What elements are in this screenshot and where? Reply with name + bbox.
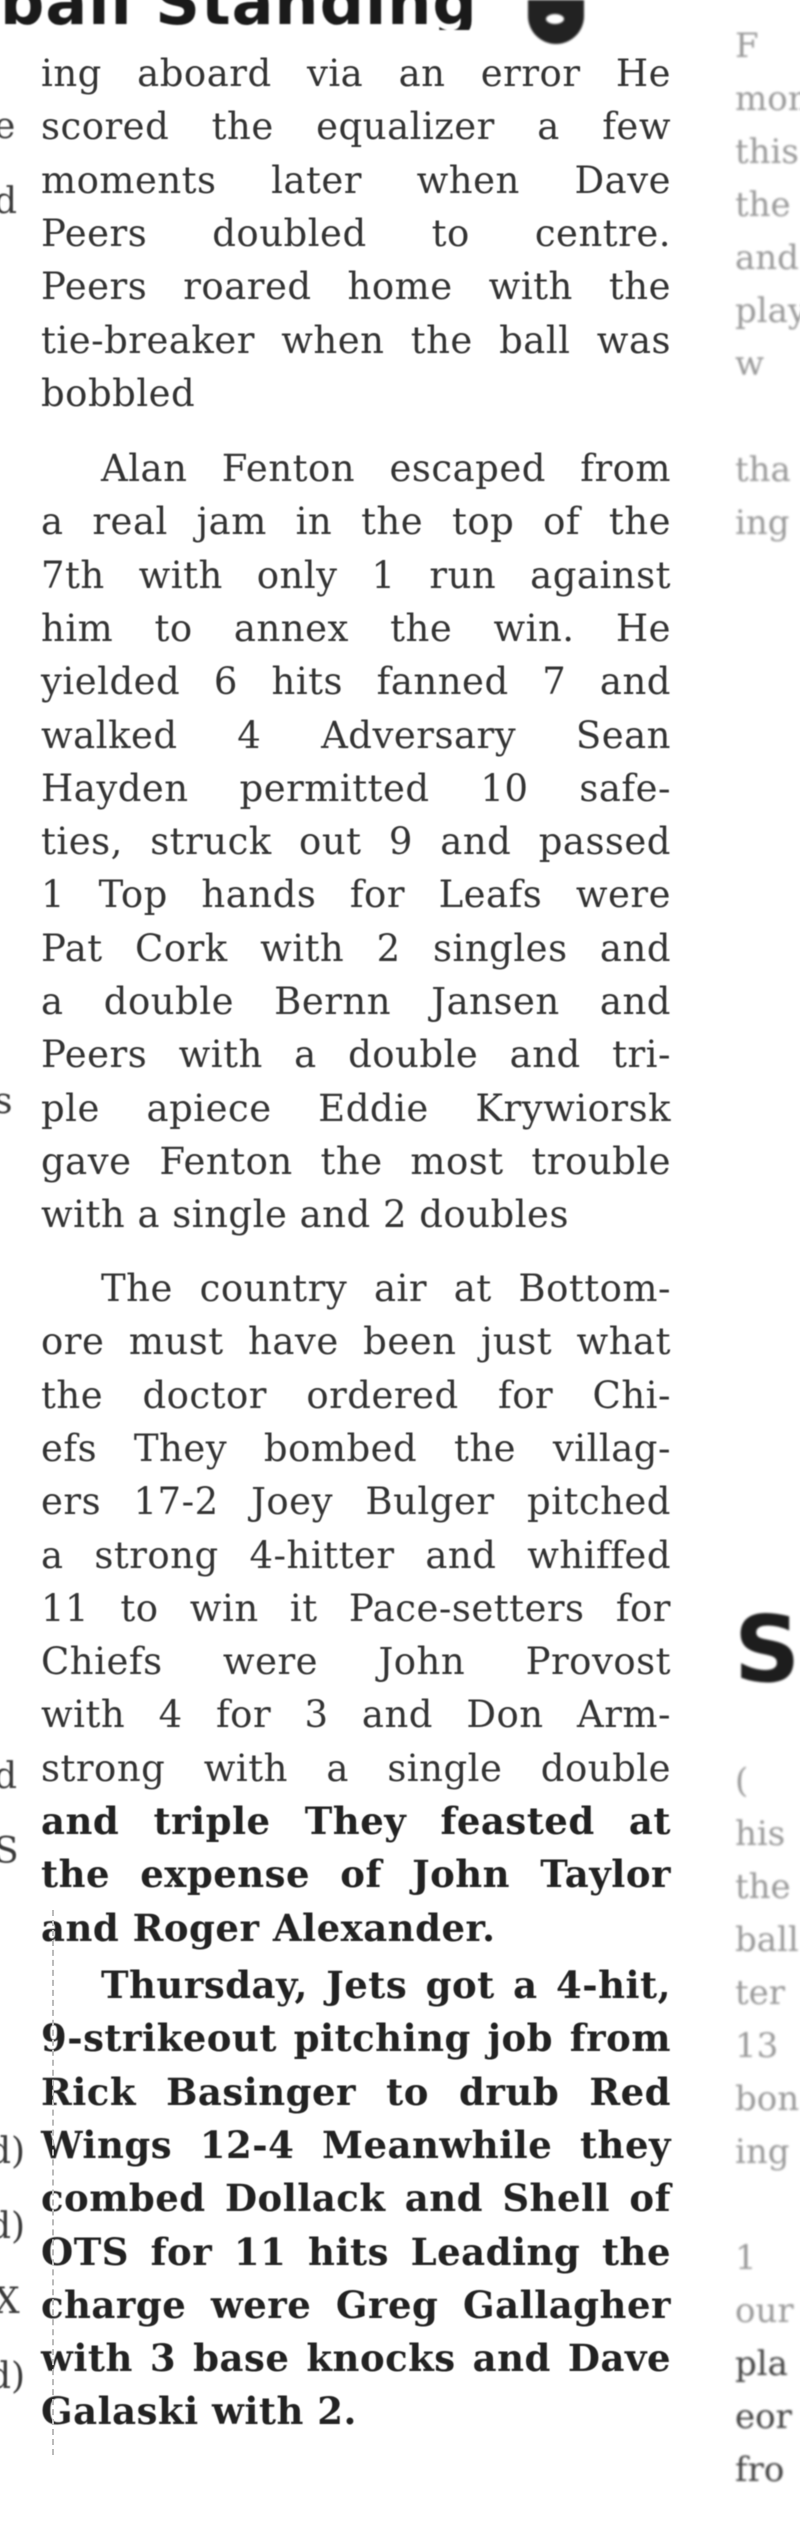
margin-fragment: e: [0, 100, 15, 153]
margin-fragment: d: [0, 1750, 17, 1803]
article-line: the doctor ordered for Chi-: [41, 1369, 671, 1422]
right-column-fragment: this: [735, 126, 799, 179]
right-column-fragment: ing 2: [735, 497, 800, 550]
right-column-fragment: tha: [735, 444, 791, 497]
article-line: a double Bernn Jansen and: [41, 975, 671, 1028]
right-column-fragment: bon: [735, 2073, 799, 2126]
article-line: OTS for 11 hits Leading the: [41, 2226, 671, 2279]
article-line: bobbled: [41, 367, 671, 420]
article-line: 1 Top hands for Leafs were: [41, 868, 671, 921]
margin-fragment: d): [0, 2200, 25, 2253]
margin-fragment: d): [0, 2125, 25, 2178]
article-line: 9-strikeout pitching job from: [41, 2012, 671, 2065]
margin-fragment: s: [0, 1075, 12, 1128]
article-line: The country air at Bottom-: [41, 1262, 671, 1315]
article-line: with a single and 2 doubles: [41, 1188, 671, 1241]
article-line: 11 to win it Pace-setters for: [41, 1582, 671, 1635]
right-column-fragment: eor: [735, 2391, 792, 2444]
article-line: Thursday, Jets got a 4-hit,: [41, 1959, 671, 2012]
article-line: ties, struck out 9 and passed: [41, 815, 671, 868]
article-line: and Roger Alexander.: [41, 1902, 671, 1955]
article-line: Peers roared home with the: [41, 260, 671, 313]
article-line: ing aboard via an error He: [41, 47, 671, 100]
margin-fragment: d: [0, 175, 17, 228]
article-line: moments later when Dave: [41, 154, 671, 207]
right-column-fragment: mom: [735, 73, 800, 126]
article-line: a real jam in the top of the: [41, 495, 671, 548]
article-line: ple apiece Eddie Krywiorsk: [41, 1082, 671, 1135]
right-column-fragment: and: [735, 232, 799, 285]
right-column-fragment: his: [735, 1808, 785, 1861]
article-line: 7th with only 1 run against: [41, 549, 671, 602]
article-line: Alan Fenton escaped from: [41, 442, 671, 495]
right-column-fragment: fro: [735, 2444, 784, 2497]
article-line: Galaski with 2.: [41, 2385, 671, 2438]
article-line: yielded 6 hits fanned 7 and: [41, 655, 671, 708]
article-line: combed Dollack and Shell of: [41, 2172, 671, 2225]
article-line: the expense of John Taylor: [41, 1848, 671, 1901]
article-body: ing aboard via an error Hescored the equ…: [41, 0, 671, 2530]
right-column-fragment: F: [735, 20, 759, 73]
article-line: scored the equalizer a few: [41, 100, 671, 153]
right-column-fragment: 13: [735, 2020, 778, 2073]
right-column-fragment: w: [735, 338, 764, 391]
article-line: ers 17-2 Joey Bulger pitched: [41, 1475, 671, 1528]
right-column-fragment: the: [735, 1861, 791, 1914]
right-column-fragment: ball: [735, 1914, 799, 1967]
article-line: him to annex the win. He: [41, 602, 671, 655]
article-line: walked 4 Adversary Sean: [41, 709, 671, 762]
right-column-fragments: S Fmomthistheandplaywthaing 2(histheball…: [712, 0, 800, 2530]
article-line: Hayden permitted 10 safe-: [41, 762, 671, 815]
right-headline-letter: S: [734, 1600, 800, 1700]
right-column-fragment: ter: [735, 1967, 785, 2020]
margin-fragment: d): [0, 2350, 25, 2403]
article-line: Wings 12-4 Meanwhile they: [41, 2119, 671, 2172]
right-column-fragment: play: [735, 285, 800, 338]
right-column-fragment: 1: [735, 2232, 757, 2285]
article-line: tie-breaker when the ball was: [41, 314, 671, 367]
article-line: Rick Basinger to drub Red: [41, 2066, 671, 2119]
article-line: with 3 base knocks and Dave: [41, 2332, 671, 2385]
article-line: gave Fenton the most trouble: [41, 1135, 671, 1188]
right-column-fragment: the: [735, 179, 791, 232]
article-line: charge were Greg Gallagher: [41, 2279, 671, 2332]
right-column-fragment: (: [735, 1755, 748, 1808]
left-column-fragments: edsdSd)d)Xd): [0, 0, 34, 2530]
article-line: ore must have been just what: [41, 1315, 671, 1368]
article-line: efs They bombed the villag-: [41, 1422, 671, 1475]
right-column-fragment: pla: [735, 2338, 788, 2391]
article-line: a strong 4-hitter and whiffed: [41, 1529, 671, 1582]
article-line: Pat Cork with 2 singles and: [41, 922, 671, 975]
right-column-fragment: ing: [735, 2126, 790, 2179]
article-line: Peers with a double and tri-: [41, 1028, 671, 1081]
article-line: Chiefs were John Provost: [41, 1635, 671, 1688]
article-line: and triple They feasted at: [41, 1795, 671, 1848]
margin-fragment: X: [0, 2275, 20, 2328]
article-line: strong with a single double: [41, 1742, 671, 1795]
article-line: Peers doubled to centre.: [41, 207, 671, 260]
dashed-column-rule: [52, 1910, 54, 2455]
right-column-fragment: our: [735, 2285, 794, 2338]
margin-fragment: S: [0, 1825, 19, 1878]
article-line: with 4 for 3 and Don Arm-: [41, 1688, 671, 1741]
